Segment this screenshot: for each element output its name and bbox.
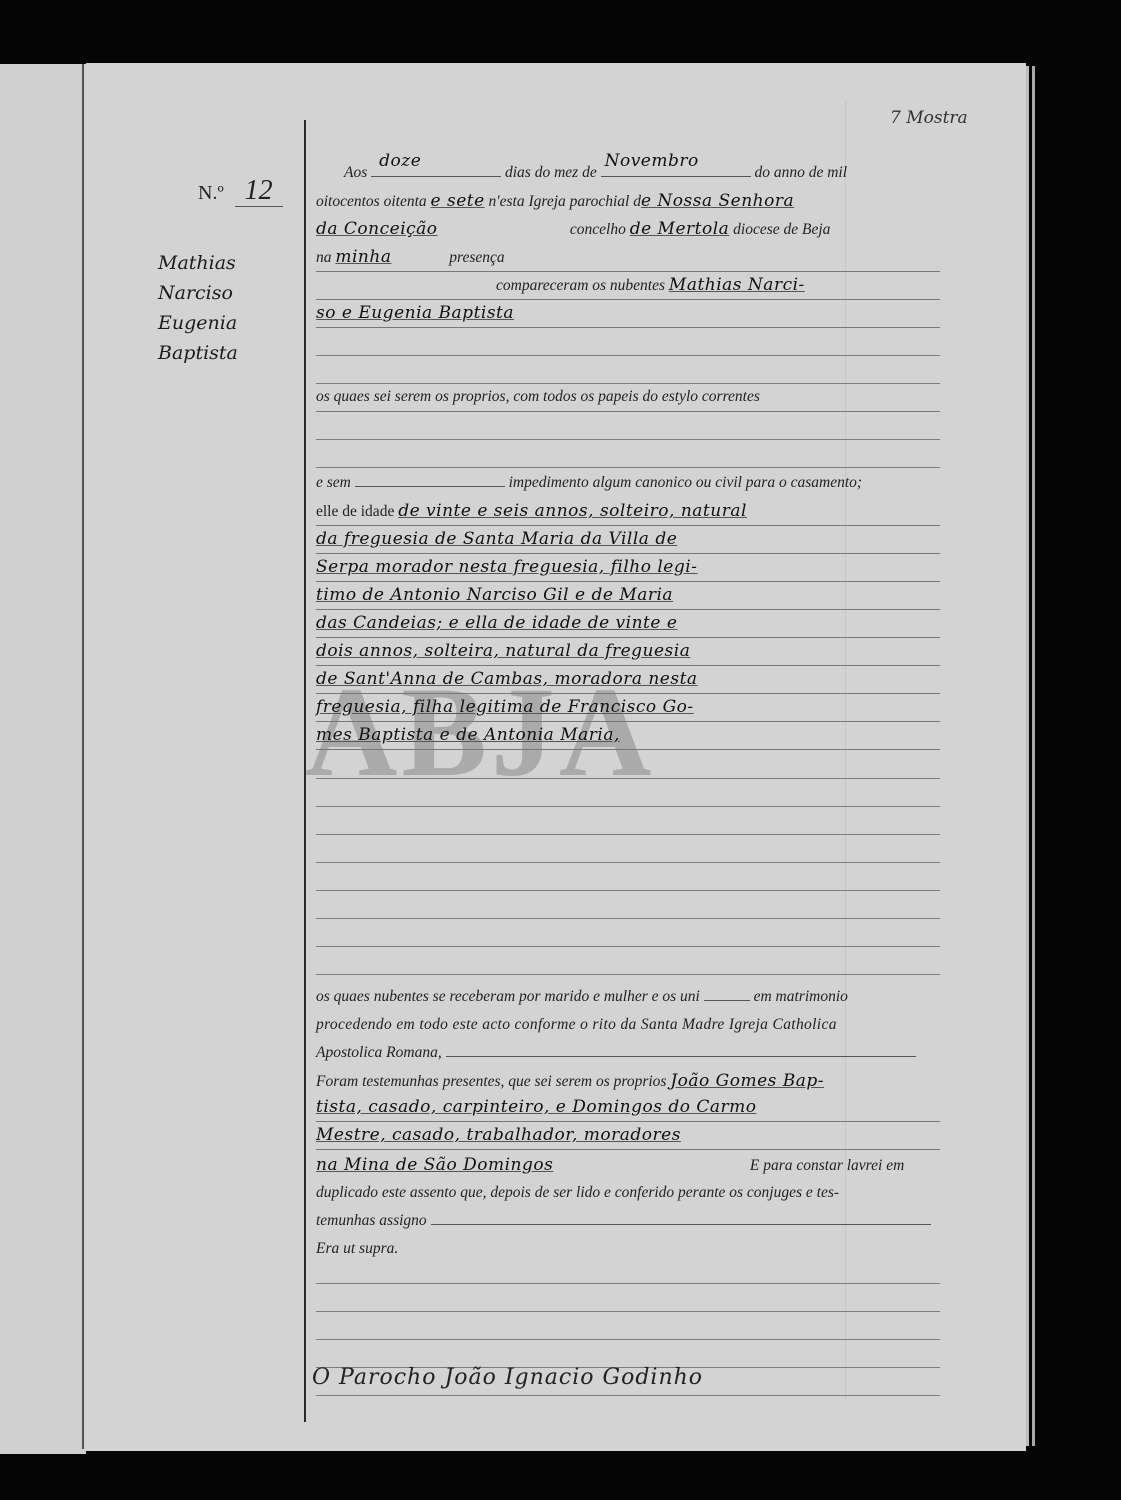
printed-text: dias do mez de xyxy=(505,164,597,181)
margin-name: Mathias xyxy=(158,248,298,278)
handwritten-text: Serpa morador nesta freguesia, filho leg… xyxy=(316,557,697,577)
text-line: mes Baptista e de Antonia Maria, xyxy=(316,722,940,750)
text-line: dois annos, solteira, natural da fregues… xyxy=(316,638,940,666)
blank-rule xyxy=(316,467,940,468)
blank-field xyxy=(355,470,505,487)
printed-text: n'esta Igreja parochial d xyxy=(489,193,641,210)
printed-text: do anno de mil xyxy=(754,164,847,181)
text-line: os quaes sei serem os proprios, com todo… xyxy=(316,384,940,412)
margin-names: Mathias Narciso Eugenia Baptista xyxy=(158,248,298,368)
handwritten-day: doze xyxy=(379,148,421,174)
printed-text: Foram testemunhas presentes, que sei ser… xyxy=(316,1073,666,1090)
handwritten-text: dois annos, solteira, natural da fregues… xyxy=(316,641,690,661)
text-line: elle de idade de vinte e seis annos, sol… xyxy=(316,498,940,526)
handwritten-text: de Sant'Anna de Cambas, moradora nesta xyxy=(316,669,698,689)
text-line: os quaes nubentes se receberam por marid… xyxy=(316,984,940,1012)
handwritten-couple: so e Eugenia Baptista xyxy=(316,303,514,323)
printed-text: duplicado este assento que, depois de se… xyxy=(316,1184,839,1201)
text-line: compareceram os nubentes Mathias Narci- xyxy=(316,272,940,300)
page-stack-edge xyxy=(1032,66,1035,1446)
blank-rule xyxy=(316,918,940,919)
text-line: e sem impedimento algum canonico ou civi… xyxy=(316,470,940,498)
handwritten-month: Novembro xyxy=(605,148,699,174)
blank-rule xyxy=(316,1395,940,1396)
entry-number: N.º 12 xyxy=(198,175,283,207)
printed-text: presença xyxy=(449,249,504,266)
handwritten-parish: da Conceição xyxy=(316,216,566,242)
handwritten-text: das Candeias; e ella de idade de vinte e xyxy=(316,613,677,633)
printed-text: Apostolica Romana, xyxy=(316,1044,442,1061)
text-line: procedendo em todo este acto conforme o … xyxy=(316,1012,940,1040)
text-line: Mestre, casado, trabalhador, moradores xyxy=(316,1122,940,1150)
text-line: temunhas assigno xyxy=(316,1208,940,1236)
blank-rule xyxy=(316,1339,940,1340)
text-line: da Conceição concelho de Mertola diocese… xyxy=(316,216,940,244)
text-line: na Mina de São Domingos E para constar l… xyxy=(316,1152,940,1180)
printed-text: impedimento algum canonico ou civil para… xyxy=(509,474,862,491)
handwritten-council: de Mertola xyxy=(630,219,730,239)
blank-rule xyxy=(316,890,940,891)
handwritten-witness: Mestre, casado, trabalhador, moradores xyxy=(316,1125,681,1145)
text-line: das Candeias; e ella de idade de vinte e xyxy=(316,610,940,638)
day-field: doze xyxy=(371,160,501,177)
margin-name: Baptista xyxy=(158,338,298,368)
corner-note: 7 Mostra xyxy=(890,108,968,128)
handwritten-witness: João Gomes Bap- xyxy=(670,1071,824,1091)
page-stack-edge xyxy=(1026,66,1029,1446)
printed-text: diocese de Beja xyxy=(733,221,830,238)
blank-rule xyxy=(316,974,940,975)
handwritten-witness: tista, casado, carpinteiro, e Domingos d… xyxy=(316,1097,756,1117)
text-line: da freguesia de Santa Maria da Villa de xyxy=(316,526,940,554)
entry-number-label: N.º xyxy=(198,182,224,204)
text-line: tista, casado, carpinteiro, e Domingos d… xyxy=(316,1094,940,1122)
blank-rule xyxy=(316,1283,940,1284)
blank-rule xyxy=(316,1311,940,1312)
handwritten-text: da freguesia de Santa Maria da Villa de xyxy=(316,529,677,549)
priest-signature: O Parocho João Ignacio Godinho xyxy=(312,1365,703,1390)
blank-rule xyxy=(316,946,940,947)
text-line: duplicado este assento que, depois de se… xyxy=(316,1180,940,1208)
handwritten-text: mes Baptista e de Antonia Maria, xyxy=(316,725,620,745)
handwritten-text: de vinte e seis annos, solteiro, natural xyxy=(398,501,747,521)
printed-text: elle de idade xyxy=(316,503,394,520)
printed-text: os quaes nubentes se receberam por marid… xyxy=(316,988,700,1005)
printed-text: procedendo em todo este acto conforme o … xyxy=(316,1016,837,1033)
entry-number-value: 12 xyxy=(235,175,283,207)
text-line: oitocentos oitenta e sete n'esta Igreja … xyxy=(316,188,940,216)
handwritten-text: timo de Antonio Narciso Gil e de Maria xyxy=(316,585,673,605)
text-line: freguesia, filha legitima de Francisco G… xyxy=(316,694,940,722)
blank-rule xyxy=(316,834,940,835)
printed-text: concelho xyxy=(570,221,626,238)
text-line: Apostolica Romana, xyxy=(316,1040,940,1068)
handwritten-groom: Mathias Narci- xyxy=(669,275,805,295)
printed-text: os quaes sei serem os proprios, com todo… xyxy=(316,388,760,405)
printed-text: compareceram os nubentes xyxy=(496,277,665,294)
text-line: timo de Antonio Narciso Gil e de Maria xyxy=(316,582,940,610)
text-line: Serpa morador nesta freguesia, filho leg… xyxy=(316,554,940,582)
blank-field xyxy=(704,984,750,1001)
printed-text: Era ut supra. xyxy=(316,1240,398,1257)
blank-rule xyxy=(316,862,940,863)
text-line: so e Eugenia Baptista xyxy=(316,300,940,328)
text-line: Aos doze dias do mez de Novembro do anno… xyxy=(316,160,940,188)
text-line: Era ut supra. xyxy=(316,1236,940,1264)
handwritten-text: freguesia, filha legitima de Francisco G… xyxy=(316,697,694,717)
book-binding-line xyxy=(82,64,84,1449)
blank-rule xyxy=(316,439,940,440)
blank-field xyxy=(431,1208,931,1225)
left-page xyxy=(0,64,86,1454)
printed-text: temunhas assigno xyxy=(316,1212,427,1229)
margin-name: Eugenia xyxy=(158,308,298,338)
printed-text: na xyxy=(316,249,332,266)
handwritten-place: na Mina de São Domingos xyxy=(316,1152,746,1178)
blank-rule xyxy=(316,806,940,807)
blank-rule xyxy=(316,355,940,356)
margin-name: Narciso xyxy=(158,278,298,308)
printed-text: oitocentos oitenta xyxy=(316,193,427,210)
blank-field xyxy=(446,1040,916,1057)
month-field: Novembro xyxy=(601,160,751,177)
blank-rule xyxy=(316,778,940,779)
text-line: Foram testemunhas presentes, que sei ser… xyxy=(316,1068,940,1096)
text-line: na minha presença xyxy=(316,244,940,272)
handwritten-year: e sete xyxy=(431,191,485,211)
handwritten-parish: e Nossa Senhora xyxy=(641,191,794,211)
handwritten-text: minha xyxy=(335,244,445,270)
text-line: de Sant'Anna de Cambas, moradora nesta xyxy=(316,666,940,694)
printed-text: em matrimonio xyxy=(754,988,848,1005)
printed-text: Aos xyxy=(344,164,367,181)
printed-text: E para constar lavrei em xyxy=(750,1157,904,1174)
printed-text: e sem xyxy=(316,474,351,491)
